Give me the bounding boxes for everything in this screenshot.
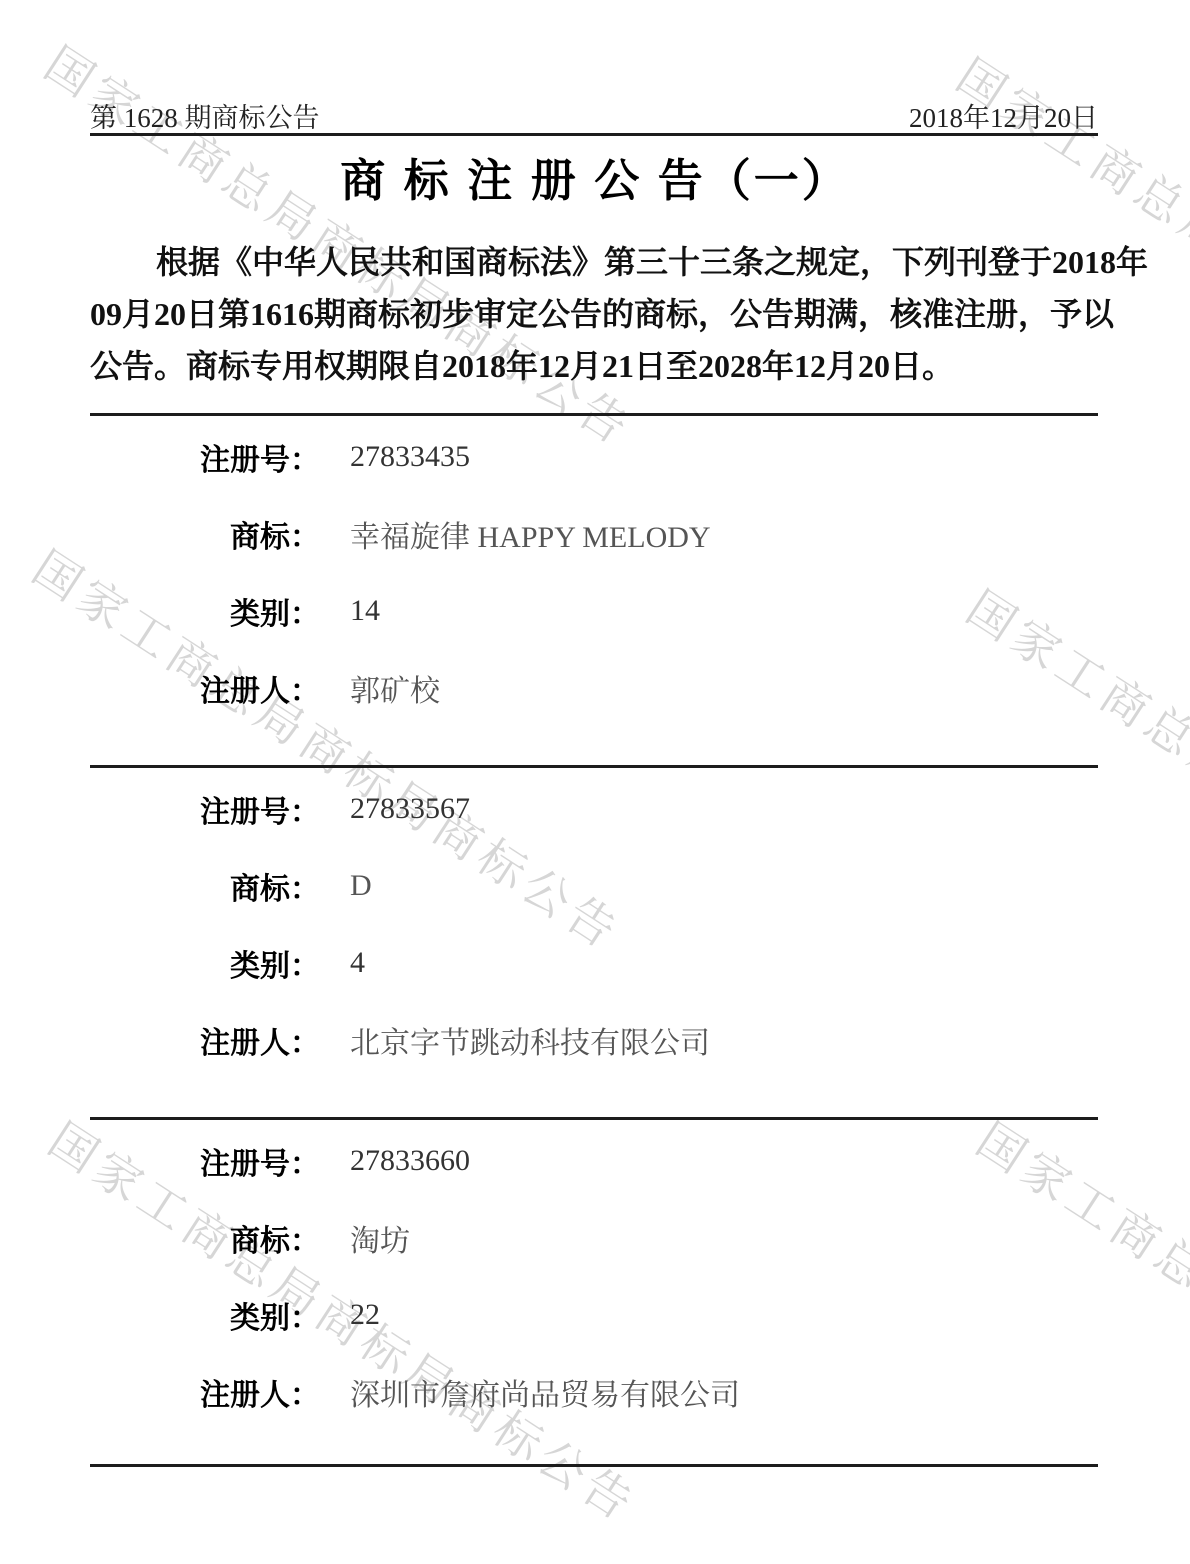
field-label-registrant: 注册人： — [90, 1370, 320, 1414]
field-label-reg-no: 注册号： — [90, 787, 320, 831]
field-label-category: 类别： — [90, 941, 320, 985]
field-row: 商标： D — [90, 847, 1098, 924]
field-label-registrant: 注册人： — [90, 666, 320, 710]
field-label-category: 类别： — [90, 589, 320, 633]
field-row: 注册号： 27833660 — [90, 1122, 1098, 1199]
registrant-name: 深圳市詹府尚品贸易有限公司 — [350, 1370, 740, 1414]
trademark-entries: 注册号： 27833435 商标： 幸福旋律 HAPPY MELODY 类别： … — [90, 413, 1098, 1467]
field-label-registrant: 注册人： — [90, 1018, 320, 1062]
field-row: 类别： 14 — [90, 572, 1098, 649]
separator-line — [90, 1464, 1098, 1467]
field-row: 注册人： 北京字节跳动科技有限公司 — [90, 1001, 1098, 1078]
field-label-mark: 商标： — [90, 512, 320, 556]
registrant-name: 郭矿校 — [350, 666, 440, 710]
field-label-reg-no: 注册号： — [90, 1139, 320, 1183]
field-label-mark: 商标： — [90, 864, 320, 908]
category-number: 14 — [350, 594, 380, 628]
header-issue-number: 第 1628 期商标公告 — [90, 96, 320, 135]
intro-line: 根据《中华人民共和国商标法》第三十三条之规定，下列刊登于2018年 — [90, 236, 1100, 288]
trademark-name: 淘坊 — [350, 1216, 410, 1260]
field-label-category: 类别： — [90, 1293, 320, 1337]
trademark-entry: 注册号： 27833435 商标： 幸福旋律 HAPPY MELODY 类别： … — [90, 413, 1098, 765]
header-rule — [90, 133, 1098, 136]
header-date: 2018年12月20日 — [909, 96, 1098, 135]
field-row: 注册号： 27833567 — [90, 770, 1098, 847]
field-label-mark: 商标： — [90, 1216, 320, 1260]
registration-number: 27833567 — [350, 792, 470, 826]
field-row: 注册人： 深圳市詹府尚品贸易有限公司 — [90, 1353, 1098, 1430]
trademark-entry: 注册号： 27833567 商标： D 类别： 4 注册人： 北京字节跳动科技有… — [90, 765, 1098, 1117]
registrant-name: 北京字节跳动科技有限公司 — [350, 1018, 710, 1062]
category-number: 4 — [350, 946, 365, 980]
trademark-name: D — [350, 869, 372, 903]
field-row: 类别： 22 — [90, 1276, 1098, 1353]
page-title: 商 标 注 册 公 告（一） — [0, 144, 1190, 209]
intro-paragraph: 根据《中华人民共和国商标法》第三十三条之规定，下列刊登于2018年 09月20日… — [90, 236, 1100, 392]
field-row: 类别： 4 — [90, 924, 1098, 1001]
field-row: 商标： 幸福旋律 HAPPY MELODY — [90, 495, 1098, 572]
category-number: 22 — [350, 1298, 380, 1332]
registration-number: 27833660 — [350, 1144, 470, 1178]
document-page: 国家工商总局商标局商标公告 国家工商总局商标局商标公告 国家工商总局商标局商标公… — [0, 0, 1190, 1564]
field-row: 注册人： 郭矿校 — [90, 649, 1098, 726]
trademark-name: 幸福旋律 HAPPY MELODY — [350, 512, 711, 556]
intro-line: 公告。商标专用权期限自2018年12月21日至2028年12月20日。 — [90, 340, 1100, 392]
field-label-reg-no: 注册号： — [90, 435, 320, 479]
page-header: 第 1628 期商标公告 2018年12月20日 — [90, 96, 1098, 135]
registration-number: 27833435 — [350, 440, 470, 474]
field-row: 商标： 淘坊 — [90, 1199, 1098, 1276]
field-row: 注册号： 27833435 — [90, 418, 1098, 495]
trademark-entry: 注册号： 27833660 商标： 淘坊 类别： 22 注册人： 深圳市詹府尚品… — [90, 1117, 1098, 1464]
intro-line: 09月20日第1616期商标初步审定公告的商标，公告期满，核准注册，予以 — [90, 288, 1100, 340]
